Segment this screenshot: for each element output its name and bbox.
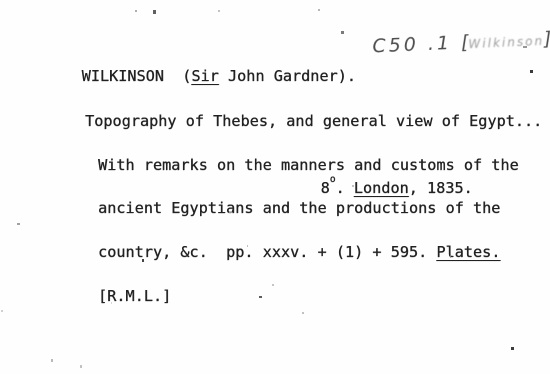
title-line-1: Topography of Thebes, and general view o… [85,114,542,129]
imprint-separator: . [335,179,353,197]
imprint-place-underlined: London [354,179,409,197]
shelfmark-name: Wilkinson [468,34,544,51]
format-superscript: o [330,174,336,185]
scan-speck [17,223,20,225]
scan-speck [218,10,220,12]
plates-underlined: Plates. [436,243,500,261]
author-honorific-underlined: Sir [191,67,218,85]
scan-speck [1,310,3,312]
scan-speck [153,10,156,14]
imprint-year: , 1835. [409,179,473,197]
handwritten-shelfmark: C50 .1 [Wilkinson] [351,9,549,77]
imprint-line: 8o. London, 1835. [284,163,473,210]
scan-speck [341,31,344,34]
library-code: [R.M.L.] [98,289,542,304]
collation-text: country, &c. pp. xxxv. + (1) + 595. [98,243,436,261]
shelfmark-text: C50 .1 [372,32,462,58]
scan-speck [135,10,137,12]
author-lead: WILKINSON ( [82,67,192,85]
scan-speck [80,365,82,368]
scan-speck [511,347,514,350]
author-tail: John Gardner). [219,67,356,85]
shelfmark-bracket-close: ] [543,28,550,50]
format-number: 8 [321,179,330,197]
title-line-4: country, &c. pp. xxxv. + (1) + 595. Plat… [98,245,542,260]
scan-speck [318,9,320,11]
scan-speck [51,359,53,362]
catalog-card: C50 .1 [Wilkinson] WILKINSON (Sir John G… [0,0,550,374]
scan-speck [530,70,533,73]
